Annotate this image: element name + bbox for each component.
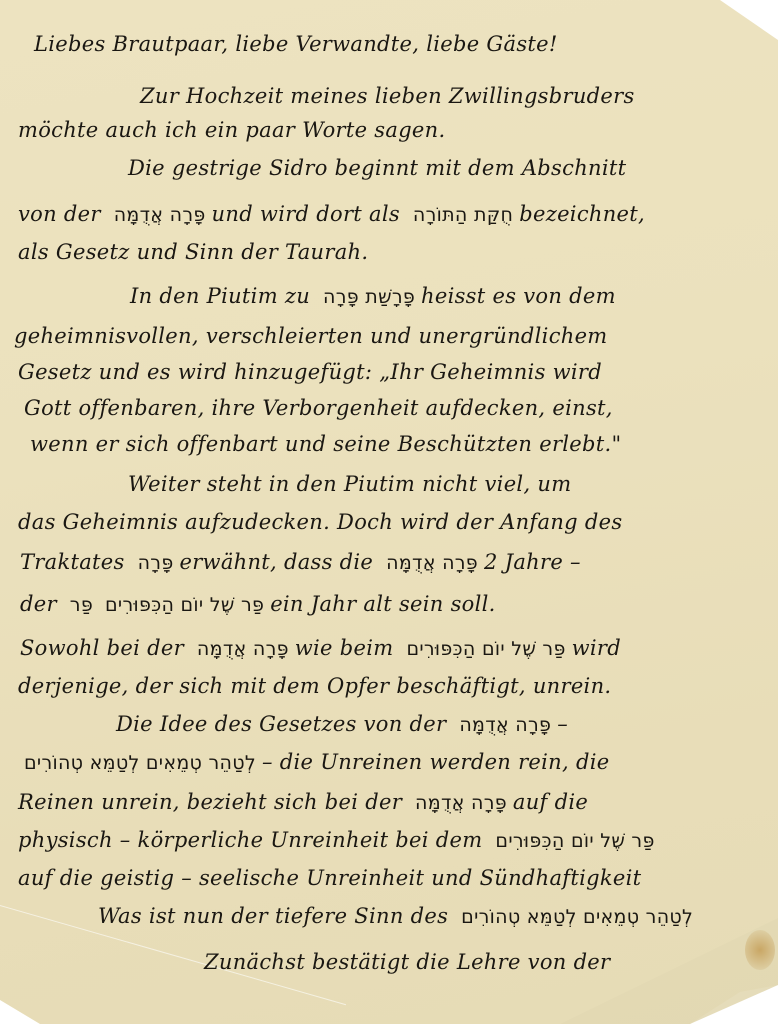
german-text: auf die — [513, 790, 588, 814]
text-line: als Gesetz und Sinn der Taurah. — [18, 242, 368, 263]
german-text: – — [557, 712, 568, 736]
text-line: Gesetz und es wird hinzugefügt: „Ihr Geh… — [18, 362, 602, 383]
text-line: Was ist nun der tiefere Sinn des לְטַהֵר… — [98, 906, 699, 927]
german-text: wird — [572, 636, 621, 660]
text-line: Zunächst bestätigt die Lehre von der — [204, 952, 610, 973]
german-text: als Gesetz und Sinn der Taurah. — [18, 240, 368, 264]
german-text: Was ist nun der tiefere Sinn des — [98, 904, 455, 928]
german-text: geheimnisvollen, verschleierten und uner… — [14, 324, 608, 348]
text-line: לְטַהֵר טְמֵאִים לְטַמֵּא טְהוֹרִים– die… — [18, 752, 609, 773]
text-line: wenn er sich offenbart und seine Beschüt… — [30, 434, 621, 455]
german-text: – die Unreinen werden rein, die — [262, 750, 609, 774]
german-text: erwähnt, dass die — [179, 550, 380, 574]
text-line: Traktates פָּרָהerwähnt, dass die פָּרָה… — [20, 552, 581, 573]
hebrew-phrase: פַּר — [70, 596, 93, 615]
german-text: Die Idee des Gesetzes von der — [116, 712, 453, 736]
handwritten-text: Liebes Brautpaar, liebe Verwandte, liebe… — [0, 0, 778, 1024]
hebrew-phrase: פָּרָה אֲדֻמָּה — [197, 640, 289, 659]
german-text: auf die geistig – seelische Unreinheit u… — [18, 866, 641, 890]
german-text: Liebes Brautpaar, liebe Verwandte, liebe… — [34, 32, 558, 56]
hebrew-phrase: פָּרָה — [138, 554, 174, 573]
text-line: Gott offenbaren, ihre Verborgenheit aufd… — [24, 398, 613, 419]
german-text: bezeichnet, — [519, 202, 645, 226]
text-line: der פַּרפַּר שֶׁל יוֹם הַכִּפּוּרִיםein … — [20, 594, 496, 615]
german-text: von der — [18, 202, 108, 226]
german-text: Gesetz und es wird hinzugefügt: „Ihr Geh… — [18, 360, 602, 384]
text-line: Sowohl bei der פָּרָה אֲדֻמָּהwie beim פ… — [20, 638, 621, 659]
hebrew-phrase: פָּרָה אֲדֻמָּה — [459, 716, 551, 735]
text-line: Zur Hochzeit meines lieben Zwillingsbrud… — [140, 86, 635, 107]
text-line: das Geheimnis aufzudecken. Doch wird der… — [18, 512, 622, 533]
text-line: Liebes Brautpaar, liebe Verwandte, liebe… — [34, 34, 558, 55]
german-text: In den Piutim zu — [130, 284, 317, 308]
text-line: derjenige, der sich mit dem Opfer beschä… — [18, 676, 611, 697]
hebrew-phrase: פָּרָשַׁת פָּרָה — [323, 288, 415, 307]
german-text: Reinen unrein, bezieht sich bei der — [18, 790, 409, 814]
hebrew-phrase: לְטַהֵר טְמֵאִים לְטַמֵּא טְהוֹרִים — [461, 908, 693, 927]
hebrew-phrase: פָּרָה אֲדֻמָּה — [114, 206, 206, 225]
text-line: von der פָּרָה אֲדֻמָּהund wird dort als… — [18, 204, 645, 225]
text-line: Reinen unrein, bezieht sich bei der פָּר… — [18, 792, 588, 813]
hebrew-phrase: פַּר שֶׁל יוֹם הַכִּפּוּרִים — [495, 832, 654, 851]
german-text: 2 Jahre – — [484, 550, 581, 574]
hebrew-phrase: פַּר שֶׁל יוֹם הַכִּפּוּרִים — [105, 596, 264, 615]
german-text: derjenige, der sich mit dem Opfer beschä… — [18, 674, 611, 698]
text-line: auf die geistig – seelische Unreinheit u… — [18, 868, 641, 889]
hebrew-phrase: חֻקַּת הַתּוֹרָה — [413, 206, 513, 225]
hebrew-phrase: פָּרָה אֲדֻמָּה — [415, 794, 507, 813]
hebrew-phrase: פָּרָה אֲדֻמָּה — [386, 554, 478, 573]
german-text: physisch – körperliche Unreinheit bei de… — [18, 828, 489, 852]
german-text: wenn er sich offenbart und seine Beschüt… — [30, 432, 621, 456]
german-text: Traktates — [20, 550, 132, 574]
german-text: Zunächst bestätigt die Lehre von der — [204, 950, 610, 974]
german-text: Gott offenbaren, ihre Verborgenheit aufd… — [24, 396, 613, 420]
german-text: wie beim — [295, 636, 401, 660]
text-line: Die gestrige Sidro beginnt mit dem Absch… — [128, 158, 626, 179]
text-line: Weiter steht in den Piutim nicht viel, u… — [128, 474, 571, 495]
german-text: Weiter steht in den Piutim nicht viel, u… — [128, 472, 571, 496]
german-text: ein Jahr alt sein soll. — [270, 592, 495, 616]
german-text: der — [20, 592, 64, 616]
german-text: heisst es von dem — [421, 284, 616, 308]
text-line: physisch – körperliche Unreinheit bei de… — [18, 830, 661, 851]
text-line: geheimnisvollen, verschleierten und uner… — [14, 326, 608, 347]
german-text: Die gestrige Sidro beginnt mit dem Absch… — [128, 156, 626, 180]
german-text: Sowohl bei der — [20, 636, 191, 660]
text-line: Die Idee des Gesetzes von der פָּרָה אֲד… — [116, 714, 568, 735]
hebrew-phrase: פַּר שֶׁל יוֹם הַכִּפּוּרִים — [406, 640, 565, 659]
german-text: Zur Hochzeit meines lieben Zwillingsbrud… — [140, 84, 635, 108]
hebrew-phrase: לְטַהֵר טְמֵאִים לְטַמֵּא טְהוֹרִים — [24, 754, 256, 773]
german-text: das Geheimnis aufzudecken. Doch wird der… — [18, 510, 622, 534]
text-line: möchte auch ich ein paar Worte sagen. — [18, 120, 445, 141]
german-text: möchte auch ich ein paar Worte sagen. — [18, 118, 445, 142]
text-line: In den Piutim zu פָּרָשַׁת פָּרָהheisst … — [130, 286, 616, 307]
german-text: und wird dort als — [212, 202, 407, 226]
